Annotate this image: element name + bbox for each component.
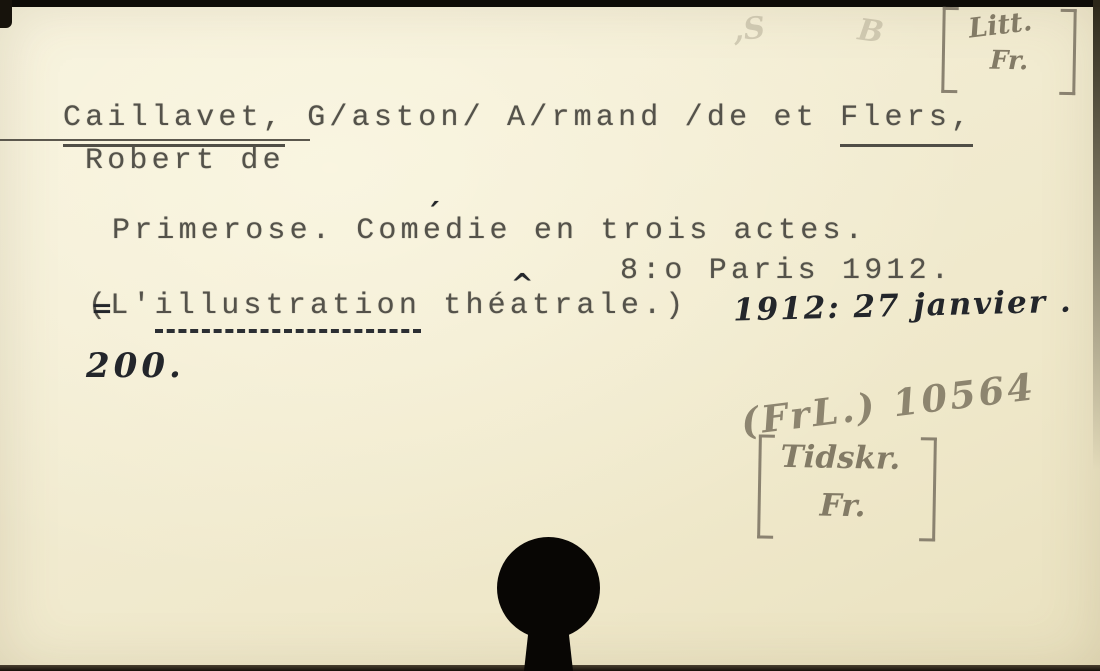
handwritten-acute-accent: ´ (426, 201, 445, 231)
bracket-note-tidskr-fr: Tidskr. Fr. (757, 434, 937, 541)
bracket-note-tidskr-label: Tidskr. (780, 439, 900, 477)
title-line: Primerose. Com´edie en trois actes. (112, 216, 867, 246)
series-mid-text: thé (421, 289, 510, 323)
classification-litt-label: Litt. (967, 6, 1034, 45)
scan-edge-top (0, 0, 1100, 7)
author-name-flers: Flers, (840, 101, 973, 147)
author-name-caillavet: Caillavet, (63, 101, 285, 147)
scan-edge-right (1093, 0, 1100, 470)
faint-pencil-mark-1: ,S (731, 10, 767, 48)
heading-line-1: Caillavet, G/aston/ A/rmand /de et Flers… (63, 103, 973, 133)
title-text-after: die en trois actes. (445, 214, 867, 248)
series-line: (=L'illustration thé^atrale.) (88, 291, 687, 321)
heading-line-2: Robert de (85, 146, 285, 176)
accented-e-host: ´e (423, 216, 445, 246)
catalog-card: ,S B Litt. Fr. Caillavet, G/aston/ A/rma… (0, 0, 1100, 671)
scan-corner-mark (0, 0, 12, 28)
title-text-before: Primerose. Com (112, 214, 423, 248)
heading-middle-text: G/aston/ A/rmand /de et (285, 101, 840, 135)
punch-hole-keyhole-stem (524, 618, 573, 671)
imprint-line: 8:o Paris 1912. (620, 256, 953, 286)
circumflex-a-host: ^a (510, 291, 532, 321)
bracket-note-fr-label: Fr. (819, 488, 865, 525)
handwritten-equals-mark: = (91, 294, 117, 324)
series-underlined-word: illustration (155, 289, 421, 333)
handwritten-number-note: 200. (86, 346, 185, 386)
classification-brackets-litt-fr: Litt. Fr. (941, 7, 1076, 95)
handwritten-circumflex-mark: ^ (511, 270, 538, 300)
pencil-shelfmark: (FrL.) 10564 (738, 364, 1038, 444)
handwritten-date-note: 1912: 27 janvier . (733, 284, 1074, 329)
series-tail-text: trale.) (532, 289, 687, 323)
faint-pencil-mark-2: B (856, 12, 886, 50)
classification-fr-label: Fr. (990, 46, 1029, 77)
